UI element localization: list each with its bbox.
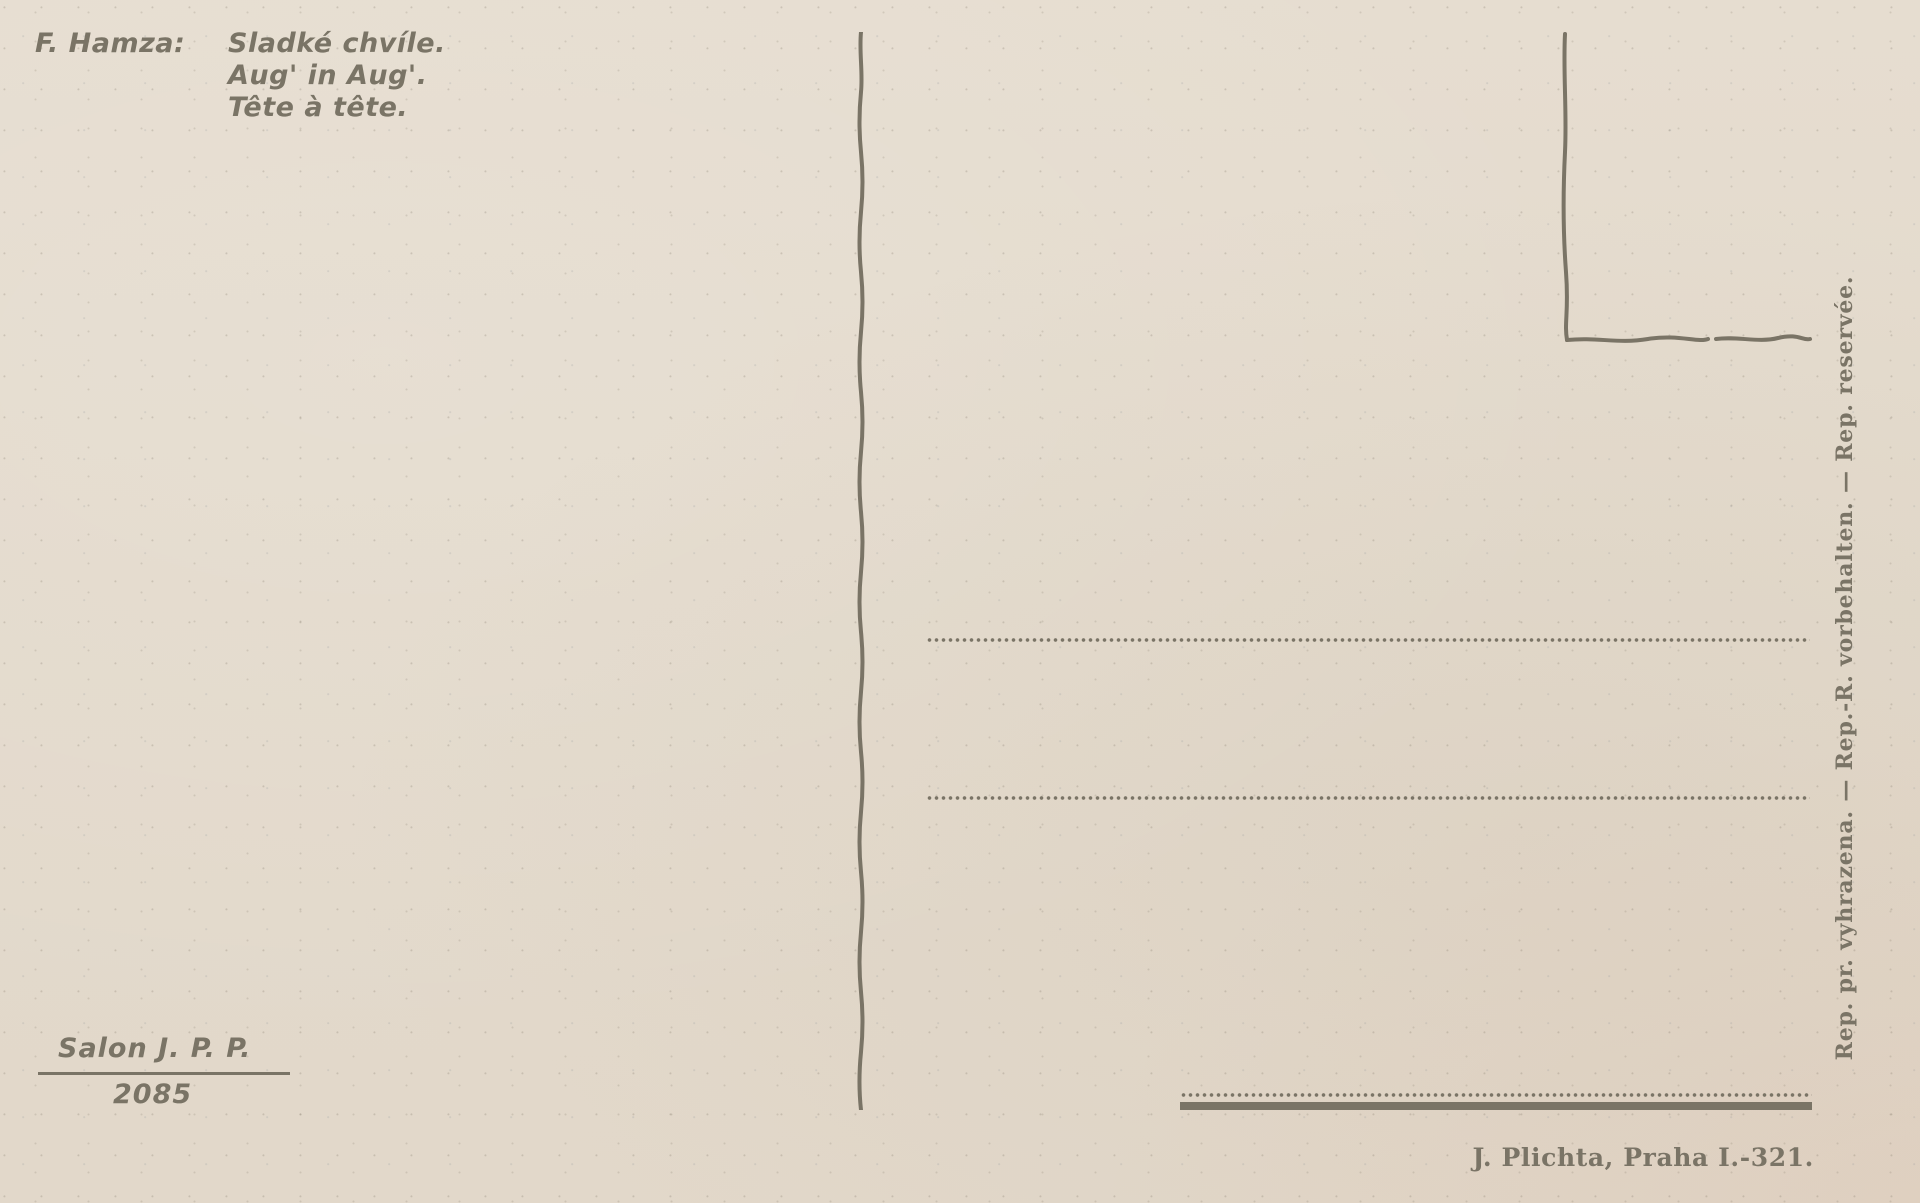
caption-title-czech: Sladké chvíle. xyxy=(228,28,446,59)
address-line-3-rule xyxy=(1180,1102,1812,1110)
caption-title-french: Tête à tête. xyxy=(228,92,408,123)
address-line-2 xyxy=(926,796,1810,800)
center-divider xyxy=(855,32,867,1110)
caption-title-german: Aug' in Aug'. xyxy=(228,60,427,91)
series-name: Salon J. P. P. xyxy=(58,1033,251,1064)
series-rule xyxy=(38,1072,290,1075)
stamp-box-outline xyxy=(1558,32,1813,347)
rights-notice: Rep. pr. vyhrazena. — Rep.-R. vorbehalte… xyxy=(1832,276,1858,1061)
address-line-1 xyxy=(926,638,1810,642)
address-line-3 xyxy=(1180,1093,1812,1097)
caption-author: F. Hamza: xyxy=(35,28,185,59)
postcard-back: F. Hamza: Sladké chvíle. Aug' in Aug'. T… xyxy=(0,0,1920,1203)
series-number: 2085 xyxy=(113,1079,192,1110)
publisher-imprint: J. Plichta, Praha I.-321. xyxy=(1472,1143,1814,1172)
